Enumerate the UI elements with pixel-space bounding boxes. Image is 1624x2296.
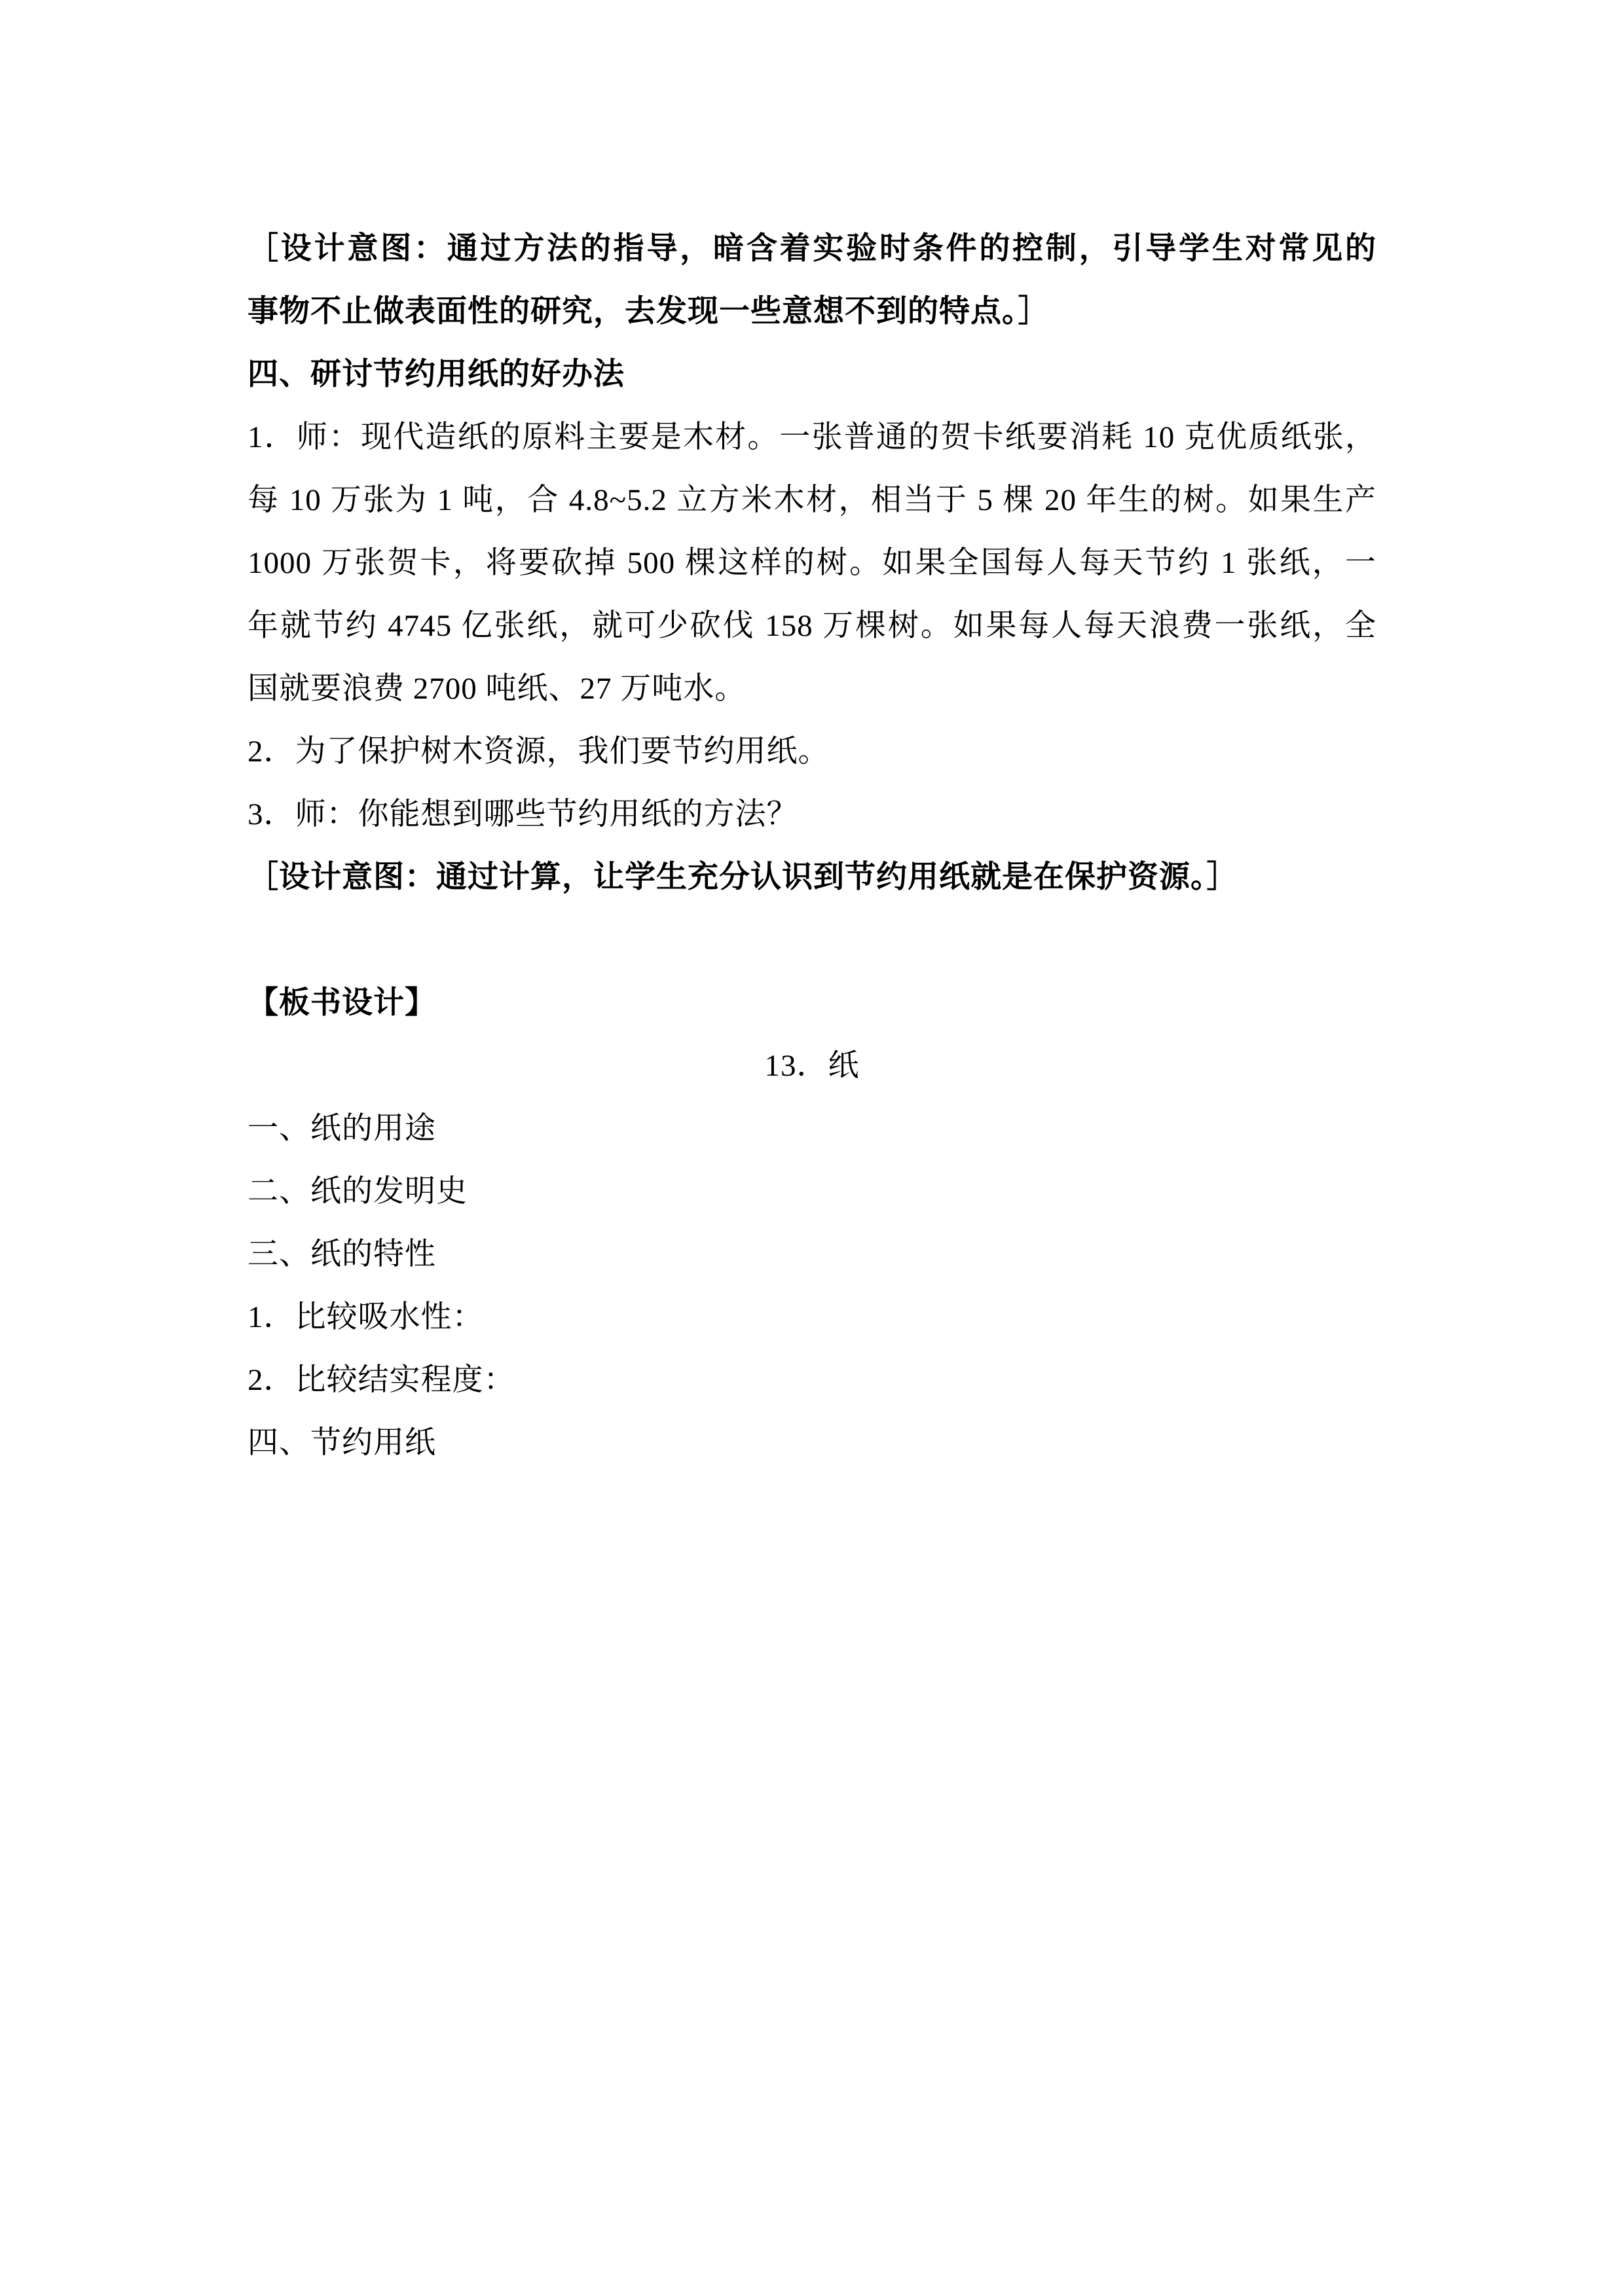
outline-item-four: 四、节约用纸 bbox=[248, 1412, 1376, 1474]
paragraph-1-line-5: 国就要浪费 2700 吨纸、27 万吨水。 bbox=[248, 657, 1376, 720]
board-title: 13．纸 bbox=[248, 1034, 1376, 1097]
blank-line bbox=[248, 909, 1376, 972]
section-heading-four: 四、研讨节约用纸的好办法 bbox=[248, 343, 1376, 406]
design-intent-1-line-1: ［设计意图：通过方法的指导，暗含着实验时条件的控制，引导学生对常见的 bbox=[248, 217, 1376, 280]
paragraph-1-line-2: 每 10 万张为 1 吨，合 4.8~5.2 立方米木材，相当于 5 棵 20 … bbox=[248, 469, 1376, 532]
document-content: ［设计意图：通过方法的指导，暗含着实验时条件的控制，引导学生对常见的事物不止做表… bbox=[248, 217, 1376, 1474]
outline-item-three: 三、纸的特性 bbox=[248, 1223, 1376, 1286]
outline-item-two: 二、纸的发明史 bbox=[248, 1160, 1376, 1223]
design-intent-1-line-2: 事物不止做表面性的研究，去发现一些意想不到的特点。］ bbox=[248, 280, 1376, 343]
paragraph-1-line-1: 1．师：现代造纸的原料主要是木材。一张普通的贺卡纸要消耗 10 克优质纸张， bbox=[248, 406, 1376, 469]
board-design-label: 【板书设计】 bbox=[248, 972, 1376, 1034]
paragraph-2: 2．为了保护树木资源，我们要节约用纸。 bbox=[248, 720, 1376, 783]
paragraph-1-line-3: 1000 万张贺卡，将要砍掉 500 棵这样的树。如果全国每人每天节约 1 张纸… bbox=[248, 532, 1376, 594]
paragraph-3: 3．师：你能想到哪些节约用纸的方法？ bbox=[248, 783, 1376, 846]
paragraph-1-line-4: 年就节约 4745 亿张纸，就可少砍伐 158 万棵树。如果每人每天浪费一张纸，… bbox=[248, 594, 1376, 657]
outline-sub-item-1: 1．比较吸水性： bbox=[248, 1286, 1376, 1349]
outline-item-one: 一、纸的用途 bbox=[248, 1097, 1376, 1160]
design-intent-2: ［设计意图：通过计算，让学生充分认识到节约用纸就是在保护资源。］ bbox=[248, 846, 1376, 909]
document-page: ［设计意图：通过方法的指导，暗含着实验时条件的控制，引导学生对常见的事物不止做表… bbox=[0, 0, 1624, 2296]
outline-sub-item-2: 2．比较结实程度： bbox=[248, 1349, 1376, 1412]
